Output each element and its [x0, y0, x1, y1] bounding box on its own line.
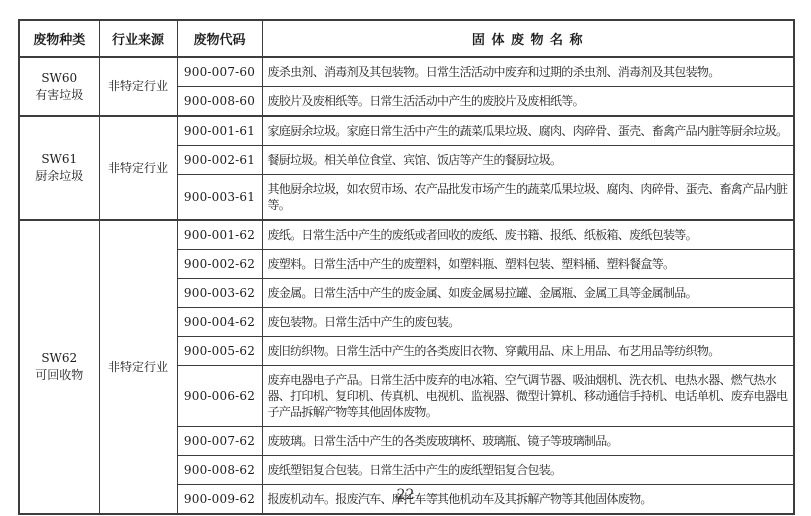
waste-code-cell: 900-007-60	[177, 57, 262, 87]
waste-category-code: SW62	[22, 350, 97, 367]
waste-category-cell: SW61厨余垃圾	[19, 116, 99, 220]
solid-waste-name-cell: 废胶片及废相纸等。日常生活活动中产生的废胶片及废相纸等。	[262, 87, 794, 117]
waste-code-cell: 900-002-62	[177, 250, 262, 279]
waste-code-cell: 900-002-61	[177, 146, 262, 175]
table-header-row: 废物种类 行业来源 废物代码 固 体 废 物 名 称	[19, 20, 794, 57]
table-row: SW62可回收物非特定行业900-001-62废纸。日常生活中产生的废纸或者回收…	[19, 220, 794, 250]
waste-code-cell: 900-003-61	[177, 175, 262, 221]
solid-waste-name-cell: 废纸。日常生活中产生的废纸或者回收的废纸、废书籍、报纸、纸板箱、废纸包装等。	[262, 220, 794, 250]
waste-code-cell: 900-007-62	[177, 427, 262, 456]
industry-source-cell: 非特定行业	[99, 116, 177, 220]
waste-classification-table: 废物种类 行业来源 废物代码 固 体 废 物 名 称 SW60有害垃圾非特定行业…	[18, 19, 795, 515]
waste-code-cell: 900-004-62	[177, 308, 262, 337]
table-row: SW61厨余垃圾非特定行业900-001-61家庭厨余垃圾。家庭日常生活中产生的…	[19, 116, 794, 146]
solid-waste-name-cell: 废塑料。日常生活中产生的废塑料，如塑料瓶、塑料包装、塑料桶、塑料餐盒等。	[262, 250, 794, 279]
waste-code-cell: 900-001-61	[177, 116, 262, 146]
page-footer: — 22 —	[0, 487, 811, 503]
col-header-industry-source: 行业来源	[99, 20, 177, 57]
industry-source-cell: 非特定行业	[99, 220, 177, 514]
solid-waste-name-cell: 家庭厨余垃圾。家庭日常生活中产生的蔬菜瓜果垃圾、腐肉、肉碎骨、蛋壳、畜禽产品内脏…	[262, 116, 794, 146]
solid-waste-name-cell: 废旧纺织物。日常生活中产生的各类废旧衣物、穿戴用品、床上用品、布艺用品等纺织物。	[262, 337, 794, 366]
industry-source-cell: 非特定行业	[99, 57, 177, 116]
waste-category-name: 有害垃圾	[22, 87, 97, 104]
table-row: SW60有害垃圾非特定行业900-007-60废杀虫剂、消毒剂及其包装物。日常生…	[19, 57, 794, 87]
waste-code-cell: 900-003-62	[177, 279, 262, 308]
solid-waste-name-cell: 餐厨垃圾。相关单位食堂、宾馆、饭店等产生的餐厨垃圾。	[262, 146, 794, 175]
col-header-waste-category: 废物种类	[19, 20, 99, 57]
page-number: 22	[397, 487, 415, 503]
solid-waste-name-cell: 废弃电器电子产品。日常生活中废弃的电冰箱、空气调节器、吸油烟机、洗衣机、电热水器…	[262, 366, 794, 427]
waste-category-cell: SW60有害垃圾	[19, 57, 99, 116]
waste-category-name: 厨余垃圾	[22, 168, 97, 185]
waste-code-cell: 900-008-60	[177, 87, 262, 117]
waste-code-cell: 900-008-62	[177, 456, 262, 485]
col-header-waste-code: 废物代码	[177, 20, 262, 57]
waste-code-cell: 900-006-62	[177, 366, 262, 427]
table-body: SW60有害垃圾非特定行业900-007-60废杀虫剂、消毒剂及其包装物。日常生…	[19, 57, 794, 514]
solid-waste-name-cell: 其他厨余垃圾，如农贸市场、农产品批发市场产生的蔬菜瓜果垃圾、腐肉、肉碎骨、蛋壳、…	[262, 175, 794, 221]
col-header-solid-waste-name: 固 体 废 物 名 称	[262, 20, 794, 57]
document-page: 废物种类 行业来源 废物代码 固 体 废 物 名 称 SW60有害垃圾非特定行业…	[0, 0, 811, 516]
waste-category-code: SW61	[22, 151, 97, 168]
solid-waste-name-cell: 废金属。日常生活中产生的废金属、如废金属易拉罐、金属瓶、金属工具等金属制品。	[262, 279, 794, 308]
waste-category-name: 可回收物	[22, 367, 97, 384]
footer-dash-left: —	[367, 487, 380, 503]
solid-waste-name-cell: 废包装物。日常生活中产生的废包装。	[262, 308, 794, 337]
solid-waste-name-cell: 废杀虫剂、消毒剂及其包装物。日常生活活动中废弃和过期的杀虫剂、消毒剂及其包装物。	[262, 57, 794, 87]
solid-waste-name-cell: 废玻璃。日常生活中产生的各类废玻璃杯、玻璃瓶、镜子等玻璃制品。	[262, 427, 794, 456]
waste-category-code: SW60	[22, 70, 97, 87]
solid-waste-name-cell: 废纸塑铝复合包装。日常生活中产生的废纸塑铝复合包装。	[262, 456, 794, 485]
waste-code-cell: 900-001-62	[177, 220, 262, 250]
waste-code-cell: 900-005-62	[177, 337, 262, 366]
waste-category-cell: SW62可回收物	[19, 220, 99, 514]
footer-dash-right: —	[431, 487, 444, 503]
